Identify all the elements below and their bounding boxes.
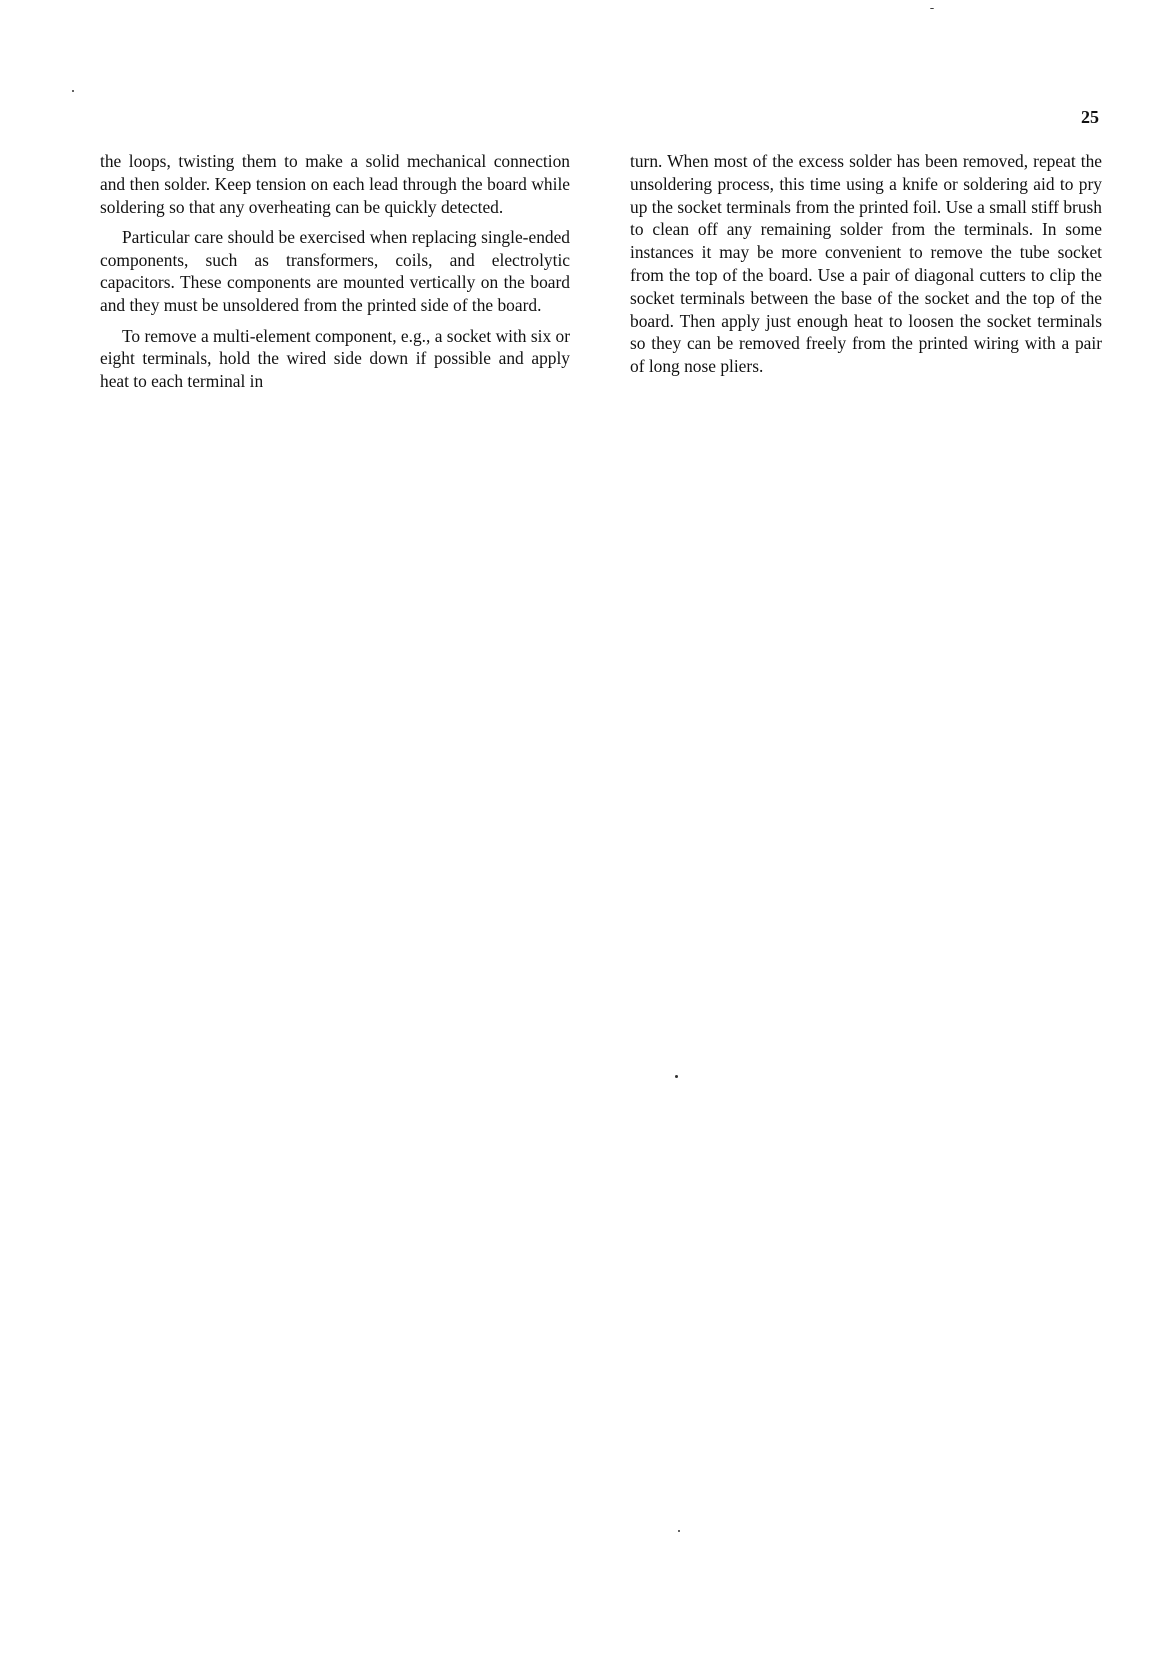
scan-speck bbox=[675, 1075, 678, 1078]
scan-speck bbox=[678, 1530, 680, 1532]
paragraph: Particular care should be exercised when… bbox=[100, 226, 570, 317]
paragraph: the loops, twisting them to make a solid… bbox=[100, 150, 570, 218]
scan-speck bbox=[930, 8, 934, 9]
page-number: 25 bbox=[1081, 108, 1099, 126]
left-column: the loops, twisting them to make a solid… bbox=[100, 150, 570, 400]
right-column: turn. When most of the excess solder has… bbox=[630, 150, 1102, 385]
paragraph: To remove a multi-element component, e.g… bbox=[100, 325, 570, 393]
scan-speck bbox=[72, 90, 74, 92]
paragraph: turn. When most of the excess solder has… bbox=[630, 150, 1102, 378]
